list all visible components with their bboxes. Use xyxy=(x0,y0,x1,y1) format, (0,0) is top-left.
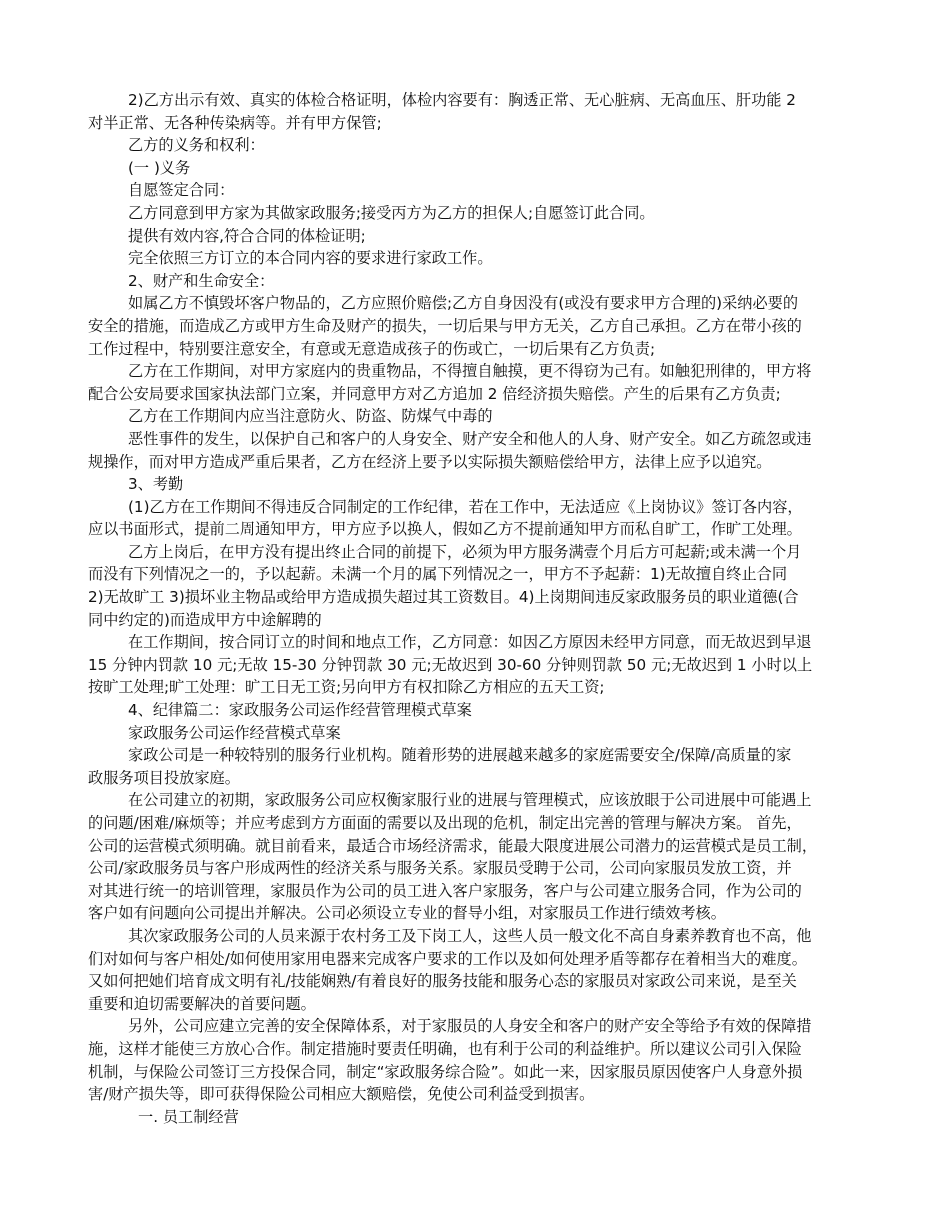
text-line: 应以书面形式，提前二周通知甲方，甲方应予以换人，假如乙方不提前通知甲方而私自旷工… xyxy=(88,518,863,541)
text-line: 重要和迫切需要解决的首要问题。 xyxy=(88,993,863,1016)
text-line: 客户如有问题向公司提出并解决。公司必须设立专业的督导小组，对家服员工作进行绩效考… xyxy=(88,902,863,925)
text-line: 乙方在工作期间，对甲方家庭内的贵重物品，不得擅自触摸，更不得窃为己有。如触犯刑律… xyxy=(88,360,863,383)
text-line: 2)乙方出示有效、真实的体检合格证明，体检内容要有：胸透正常、无心脏病、无高血压… xyxy=(88,89,863,112)
text-line: 公司/家政服务员与客户形成两性的经济关系与服务关系。家服员受聘于公司，公司向家服… xyxy=(88,857,863,880)
text-line: 自愿签定合同： xyxy=(88,179,863,202)
text-line: 公司的运营模式须明确。就目前看来，最适合市场经济需求，能最大限度进展公司潜力的运… xyxy=(88,835,863,858)
text-line: (一 )义务 xyxy=(88,157,863,180)
text-line: 乙方同意到甲方家为其做家政服务;接受丙方为乙方的担保人;自愿签订此合同。 xyxy=(88,202,863,225)
text-line: 们对如何与客户相处/如何使用家用电器来完成客户要求的工作以及如何处理矛盾等都存在… xyxy=(88,948,863,971)
text-line: 同中约定的)而造成甲方中途解聘的 xyxy=(88,609,863,632)
text-line: 乙方在工作期间内应当注意防火、防盗、防煤气中毒的 xyxy=(88,405,863,428)
text-line: (1)乙方在工作期间不得违反合同制定的工作纪律，若在工作中，无法适应《上岗协议》… xyxy=(88,496,863,519)
text-line: 完全依照三方订立的本合同内容的要求进行家政工作。 xyxy=(88,247,863,270)
text-line: 政服务项目投放家庭。 xyxy=(88,767,863,790)
text-line: 家政公司是一种较特别的服务行业机构。随着形势的进展越来越多的家庭需要安全/保障/… xyxy=(88,744,863,767)
text-line: 3、考勤 xyxy=(88,473,863,496)
text-line: 对半正常、无各种传染病等。并有甲方保管; xyxy=(88,112,863,135)
text-line: 家政服务公司运作经营模式草案 xyxy=(88,722,863,745)
text-line: 15 分钟内罚款 10 元;无故 15-30 分钟罚款 30 元;无故迟到 30… xyxy=(88,654,863,677)
text-line: 2、财产和生命安全： xyxy=(88,270,863,293)
text-line: 对其进行统一的培训管理，家服员作为公司的员工进入客户家服务，客户与公司建立服务合… xyxy=(88,880,863,903)
text-line: 机制，与保险公司签订三方投保合同，制定“家政服务综合险”。如此一来，因家服员原因… xyxy=(88,1061,863,1084)
text-line: 一. 员工制经营 xyxy=(88,1106,863,1129)
text-line: 2)无故旷工 3)损坏业主物品或给甲方造成损失超过其工资数目。4)上岗期间违反家… xyxy=(88,586,863,609)
text-line: 恶性事件的发生，以保护自己和客户的人身安全、财产安全和他人的人身、财产安全。如乙… xyxy=(88,428,863,451)
text-line: 4、纪律篇二：家政服务公司运作经营管理模式草案 xyxy=(88,699,863,722)
text-line: 安全的措施，而造成乙方或甲方生命及财产的损失，一切后果与甲方无关，乙方自己承担。… xyxy=(88,315,863,338)
text-line: 在工作期间，按合同订立的时间和地点工作，乙方同意：如因乙方原因未经甲方同意，而无… xyxy=(88,631,863,654)
text-line: 如属乙方不慎毁坏客户物品的，乙方应照价赔偿;乙方自身因没有(或没有要求甲方合理的… xyxy=(88,292,863,315)
text-line: 配合公安局要求国家执法部门立案，并同意甲方对乙方追加 2 倍经济损失赔偿。产生的… xyxy=(88,383,863,406)
text-line: 提供有效内容,符合合同的体检证明; xyxy=(88,225,863,248)
text-line: 的问题/困难/麻烦等；并应考虑到方方面面的需要以及出现的危机，制定出完善的管理与… xyxy=(88,812,863,835)
text-line: 而没有下列情况之一的，予以起薪。未满一个月的属下列情况之一，甲方不予起薪：1)无… xyxy=(88,563,863,586)
text-line: 施，这样才能使三方放心合作。制定措施时要责任明确，也有利于公司的利益维护。所以建… xyxy=(88,1038,863,1061)
text-line: 害/财产损失等，即可获得保险公司相应大额赔偿，免使公司利益受到损害。 xyxy=(88,1083,863,1106)
text-line: 其次家政服务公司的人员来源于农村务工及下岗工人，这些人员一般文化不高自身素养教育… xyxy=(88,925,863,948)
text-line: 另外，公司应建立完善的安全保障体系，对于家服员的人身安全和客户的财产安全等给予有… xyxy=(88,1015,863,1038)
text-line: 又如何把她们培育成文明有礼/技能娴熟/有着良好的服务技能和服务心态的家服员对家政… xyxy=(88,970,863,993)
text-line: 工作过程中，特别要注意安全，有意或无意造成孩子的伤或亡，一切后果有乙方负责; xyxy=(88,338,863,361)
text-line: 按旷工处理;旷工处理：旷工日无工资;另向甲方有权扣除乙方相应的五天工资; xyxy=(88,676,863,699)
text-line: 乙方的义务和权利： xyxy=(88,134,863,157)
document-page: 2)乙方出示有效、真实的体检合格证明，体检内容要有：胸透正常、无心脏病、无高血压… xyxy=(88,89,863,1128)
text-line: 规操作，而对甲方造成严重后果者，乙方在经济上要予以实际损失额赔偿给甲方，法律上应… xyxy=(88,451,863,474)
text-line: 在公司建立的初期，家政服务公司应权衡家服行业的进展与管理模式，应该放眼于公司进展… xyxy=(88,789,863,812)
text-line: 乙方上岗后，在甲方没有提出终止合同的前提下，必须为甲方服务满壹个月后方可起薪;或… xyxy=(88,541,863,564)
